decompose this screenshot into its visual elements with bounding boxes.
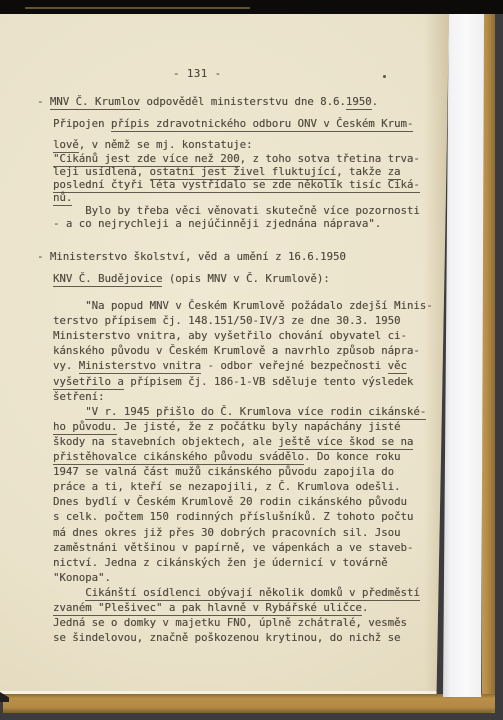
text-line: terstvo přípisem čj. 148.151/50-IV/3 ze … xyxy=(53,315,400,327)
text-segment: odpověděl ministerstvu dne 8.6. xyxy=(140,95,346,108)
text-segment: leji usídlená, xyxy=(53,165,150,178)
text-line: přistěhovalce cikánského původu svádělo.… xyxy=(53,451,400,463)
text-segment: Dnes bydlí v Českém Krumlově 20 rodin ci… xyxy=(53,495,407,508)
underlined-text-segment: Cikánští osídlenci obývají několik domků… xyxy=(85,586,420,601)
text-line: lově, v němž se mj. konstatuje: xyxy=(53,139,252,151)
text-segment: . xyxy=(372,95,378,108)
text-line: nů. xyxy=(53,192,72,204)
text-line: - MNV Č. Krumlov odpověděl ministerstvu … xyxy=(37,96,378,108)
underlined-text-segment: KNV Č. Budějovice xyxy=(53,272,162,287)
ink-speck xyxy=(383,75,386,78)
text-segment: škody na stavebních objektech, ale xyxy=(53,435,278,448)
text-segment: (opis MNV v Č. Krumlově): xyxy=(162,272,329,285)
text-segment xyxy=(53,586,85,599)
text-line: má dnes okres již přes 30 dobrých pracov… xyxy=(53,527,400,539)
text-segment: . Do konce roku xyxy=(304,450,401,463)
underlined-text-segment: "V r. 1945 přišlo do Č. Krumlova více ro… xyxy=(85,405,426,420)
text-line: poslední čtyři léta vystřídalo se zde ně… xyxy=(53,179,420,191)
text-segment: Ministerstvo vnitra, aby vyšetřilo chová… xyxy=(53,329,407,342)
underlined-text-segment: přípis zdravotnického odboru ONV v České… xyxy=(111,117,413,132)
text-segment: s celk. počtem 150 rodinných příslušníků… xyxy=(53,510,413,523)
text-segment: , takže xyxy=(336,165,387,178)
text-line: Ministerstvo vnitra, aby vyšetřilo chová… xyxy=(53,330,407,342)
text-segment: nictví. Jedna z cikánských žen je úderni… xyxy=(53,556,388,569)
underlined-text-segment: MNV Č. Krumlov xyxy=(50,95,140,110)
text-segment: - xyxy=(37,250,50,263)
text-segment: "Konopa". xyxy=(53,571,111,584)
text-line: vy. Ministerstvo vnitra - odbor veřejné … xyxy=(53,360,407,372)
underlined-text-segment: poslední čtyři léta vystřídalo se zde ně… xyxy=(53,178,420,193)
text-segment: Je jisté, že z počátku byly napáchány ji… xyxy=(117,420,400,433)
photo-top-bar xyxy=(0,0,503,14)
text-line: - a co nejrychleji a nejúčinněji zjednán… xyxy=(53,218,381,230)
text-segment: šetření: xyxy=(53,390,104,403)
text-segment: práce a ti, kteří se nezapojili, z Č. Kr… xyxy=(53,480,400,493)
text-line: škody na stavebních objektech, ale ještě… xyxy=(53,436,413,448)
text-segment: "Na popud MNV v Českém Krumlově požádalo… xyxy=(53,299,433,312)
book-cover-bottom-edge xyxy=(3,694,495,713)
text-segment: Připojen xyxy=(53,117,111,130)
text-segment: - odbor veřejné bezpečnosti xyxy=(201,359,388,372)
text-segment: kánského původu v Českém Krumlově a navr… xyxy=(53,344,420,357)
text-line: se šindelovou, značně poškozenou krytino… xyxy=(53,632,400,644)
text-segment: 1947 se valná část mužů cikánského původ… xyxy=(53,465,394,478)
book-cover-right-edge xyxy=(482,10,495,713)
text-segment: se šindelovou, značně poškozenou krytino… xyxy=(53,631,400,644)
text-line: Bylo by třeba věci věnovati skutečně víc… xyxy=(53,205,420,217)
text-line: Cikánští osídlenci obývají několik domků… xyxy=(53,587,420,599)
binding-accent-line xyxy=(25,7,250,9)
text-line: nictví. Jedna z cikánských žen je úderni… xyxy=(53,557,388,569)
text-line: 1947 se valná část mužů cikánského původ… xyxy=(53,466,394,478)
text-segment xyxy=(53,405,85,418)
underlined-text-segment: Ministerstvo vnitra xyxy=(79,359,201,374)
text-segment: . xyxy=(362,601,368,614)
text-line: zaměstnáni většinou v papírně, ve vápenk… xyxy=(53,542,413,554)
text-segment: přípisem čj. 186-1-VB sděluje tento výsl… xyxy=(124,375,414,388)
text-line: zvaném "Plešivec" a pak hlavně v Rybářsk… xyxy=(53,602,368,614)
underlined-text-segment: věc xyxy=(388,359,407,374)
text-segment: Jedná se o domky v majetku FNO, úplně zc… xyxy=(53,616,407,629)
text-segment: , z toho sotva třetina trva- xyxy=(240,152,420,165)
text-line: "Na popud MNV v Českém Krumlově požádalo… xyxy=(53,300,433,312)
text-line: Jedná se o domky v majetku FNO, úplně zc… xyxy=(53,617,407,629)
text-segment: - xyxy=(37,95,50,108)
text-segment: Bylo by třeba věci věnovati skutečně víc… xyxy=(53,204,420,217)
document-page: - 131 - - MNV Č. Krumlov odpověděl minis… xyxy=(0,13,450,694)
text-line: s celk. počtem 150 rodinných příslušníků… xyxy=(53,511,413,523)
text-segment: zaměstnáni většinou v papírně, ve vápenk… xyxy=(53,541,413,554)
text-line: ho původu. Je jisté, že z počátku byly n… xyxy=(53,421,400,433)
text-line: KNV Č. Budějovice (opis MNV v Č. Krumlov… xyxy=(53,273,330,285)
text-line: kánského původu v Českém Krumlově a navr… xyxy=(53,345,420,357)
text-line: leji usídlená, ostatní jest živel fluktu… xyxy=(53,166,401,178)
underlined-text-segment: lově xyxy=(53,138,79,153)
underlined-text-segment: zvaném "Plešivec" a pak hlavně v Rybářsk… xyxy=(53,601,362,616)
text-segment: - a co nejrychleji a nejúčinněji zjednán… xyxy=(53,217,381,230)
underlined-text-segment: vyšetřilo a xyxy=(53,375,124,390)
text-segment: terstvo přípisem čj. 148.151/50-IV/3 ze … xyxy=(53,314,400,327)
text-segment: , v němž se mj. konstatuje: xyxy=(79,138,253,151)
white-paper-strip xyxy=(443,13,484,697)
page-number: - 131 - xyxy=(173,68,222,80)
photographed-document: - 131 - - MNV Č. Krumlov odpověděl minis… xyxy=(0,0,503,720)
underlined-text-segment: přistěhovalce cikánského původu svádělo xyxy=(53,450,304,465)
text-line: "Cikánů jest zde více než 200, z toho so… xyxy=(53,153,420,165)
underlined-text-segment: 1950 xyxy=(346,95,372,110)
text-line: práce a ti, kteří se nezapojili, z Č. Kr… xyxy=(53,481,400,493)
text-line: "V r. 1945 přišlo do Č. Krumlova více ro… xyxy=(53,406,426,418)
text-segment: má dnes okres již přes 30 dobrých pracov… xyxy=(53,526,400,539)
underlined-text-segment: ještě více škod se na xyxy=(278,435,413,450)
text-line: "Konopa". xyxy=(53,572,111,584)
text-segment: vy. xyxy=(53,359,79,372)
underlined-text-segment: ho původu. xyxy=(53,420,117,435)
text-line: šetření: xyxy=(53,391,104,403)
text-line: Připojen přípis zdravotnického odboru ON… xyxy=(53,118,413,130)
page-bottom-highlight xyxy=(0,691,450,694)
text-line: Dnes bydlí v Českém Krumlově 20 rodin ci… xyxy=(53,496,407,508)
text-segment: Ministerstvo školství, věd a umění z 16.… xyxy=(50,250,346,263)
text-line: vyšetřilo a přípisem čj. 186-1-VB sděluj… xyxy=(53,376,413,388)
text-line: - Ministerstvo školství, věd a umění z 1… xyxy=(37,251,346,263)
